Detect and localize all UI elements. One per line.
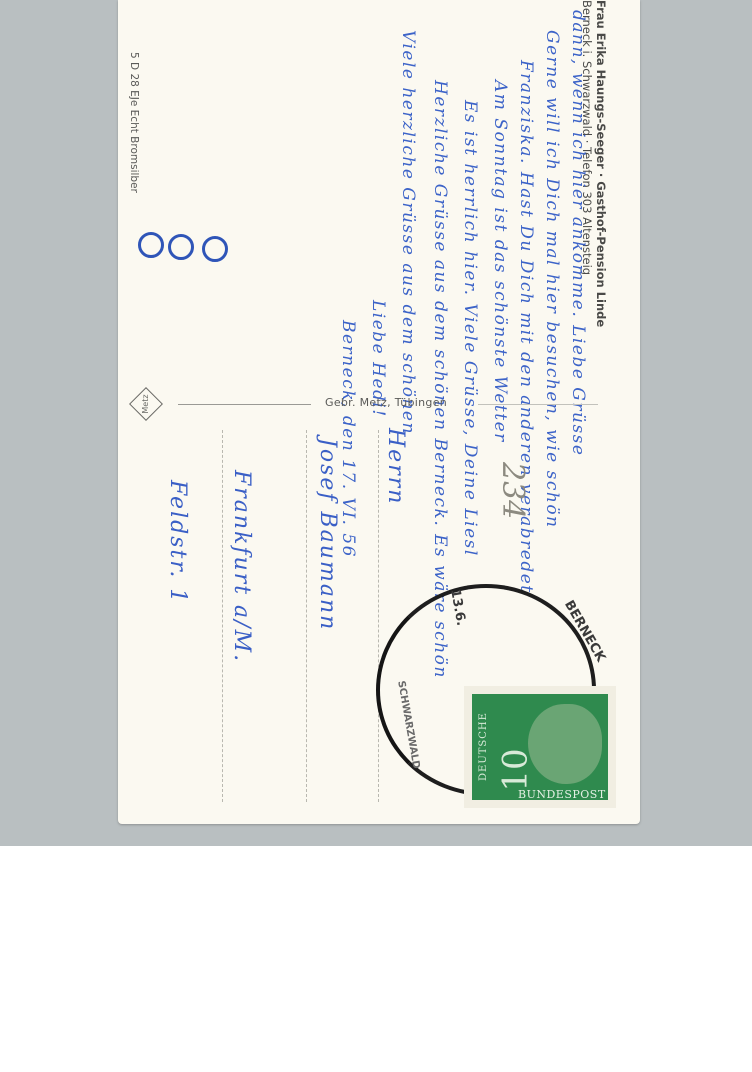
postage-stamp: DEUTSCHE 10 BUNDESPOST (464, 686, 616, 808)
imprint-line-1: Frau Erika Haungs-Seeger · Gasthof-Pensi… (594, 0, 608, 327)
date-line: Berneck, den 17. VI. 56 (338, 320, 358, 558)
address-line: Josef Baumann (315, 438, 340, 631)
postcard-back: Frau Erika Haungs-Seeger · Gasthof-Pensi… (118, 0, 640, 824)
publisher-logo: Metz (129, 387, 163, 421)
address-guide-line (222, 430, 223, 802)
stamp-face: DEUTSCHE 10 BUNDESPOST (472, 694, 608, 800)
doodle-circle (138, 232, 164, 258)
message-line: Am Sonntag ist das schönste Wetter (490, 80, 510, 443)
doodle-circle (168, 234, 194, 260)
message-line: Es ist herrlich hier. Viele Grüsse, Dein… (460, 100, 480, 557)
divider-line (478, 404, 598, 405)
stamp-portrait-icon (528, 704, 602, 784)
address-guide-line (378, 430, 379, 802)
address-line: Frankfurt a/M. (229, 470, 254, 663)
message-line: dann, wenn ich hier ankomme. Liebe Grüss… (568, 10, 588, 456)
address-guide-line (306, 430, 307, 802)
doodle-circle (202, 236, 228, 262)
divider-line (178, 404, 311, 405)
address-line: Herrn (383, 428, 408, 505)
pencil-inventory-number: 234 (495, 462, 530, 519)
message-line: Viele herzliche Grüsse aus dem schönen (398, 30, 418, 435)
stamp-bottom-text: BUNDESPOST (518, 788, 606, 801)
address-line: Feldstr. 1 (165, 480, 190, 604)
series-code: 5 D 28 EJe Echt Bromsilber (128, 52, 140, 193)
message-line: Herzliche Grüsse aus dem schönen Berneck… (430, 80, 450, 679)
publisher-name: Gebr. Metz, Tübingen (325, 396, 447, 409)
message-line: Gerne will ich Dich mal hier besuchen, w… (542, 30, 562, 529)
stamp-country: DEUTSCHE (478, 698, 492, 796)
